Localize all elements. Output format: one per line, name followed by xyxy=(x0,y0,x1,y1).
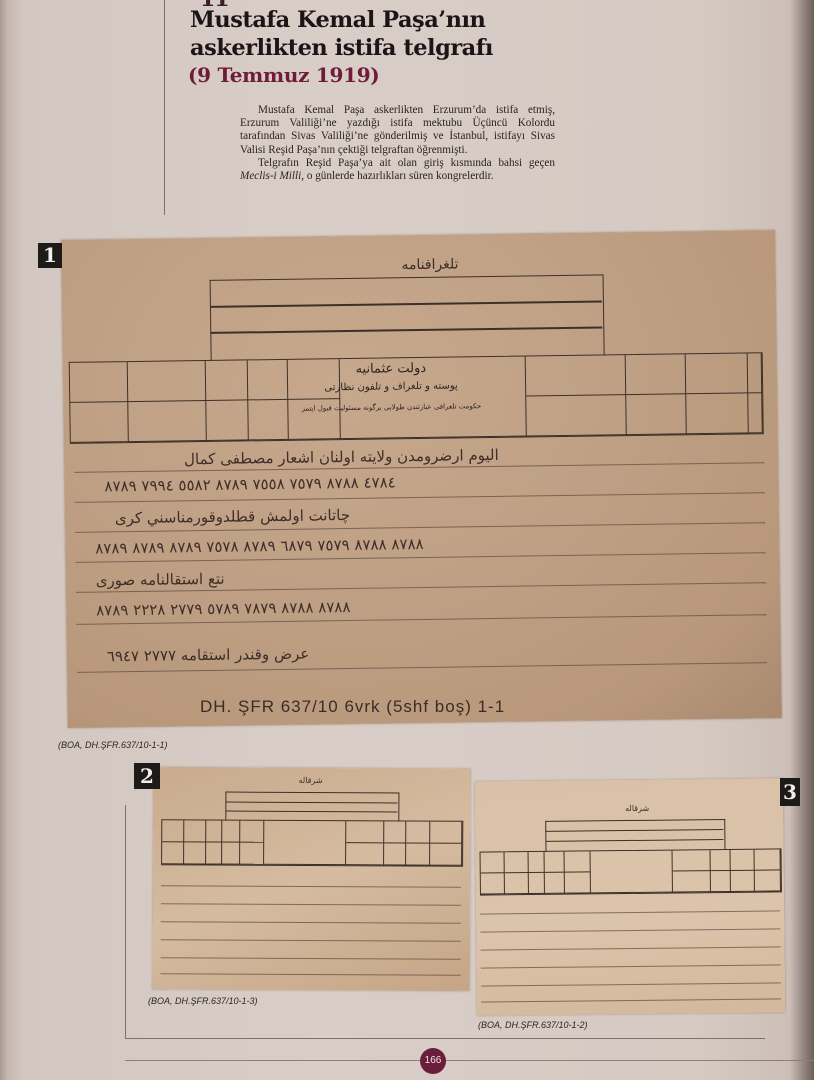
ruled-line xyxy=(481,946,781,950)
handwritten-line: الیوم ارضرومدن ولایتە اولنان اشعار مصطفی… xyxy=(184,446,499,468)
intro-paragraph-2-text: Telgrafın Reşid Paşa’ya ait olan giriş k… xyxy=(258,157,555,169)
ruled-line xyxy=(161,957,461,960)
ruled-line xyxy=(481,964,781,968)
figure-caption-3: (BOA, DH.ŞFR.637/10-1-2) xyxy=(478,1020,588,1030)
ruled-line xyxy=(481,982,781,986)
form-heading: تلغرافنامه xyxy=(401,256,458,273)
figure-frame-left xyxy=(125,805,126,1038)
figure-badge-2: 2 xyxy=(134,763,160,789)
intro-paragraph-2-end: , o günlerde hazırlıkları süren kongrele… xyxy=(301,170,493,182)
cipher-digits-row: ٤٧٨٤ ٨٧٨٨ ٧٥٧٩ ٧٥٥٨ ٨٧٨٩ ٥٥٨٢ ٧٩٩٤ ٨٧٨٩ xyxy=(104,473,396,495)
cipher-digits-row: ٨٧٨٨ ٨٧٨٨ ٧٨٧٩ ٥٧٨٩ ٢٧٧٩ ٢٢٢٨ ٨٧٨٩ xyxy=(96,598,351,620)
telegram-document-1: تلغرافنامه دولت عثمانیه پوسته و تلغراف و… xyxy=(61,230,782,728)
figure-caption-1: (BOA, DH.ŞFR.637/10-1-1) xyxy=(58,740,168,750)
intro-text: Mustafa Kemal Paşa askerlikten Erzurum’d… xyxy=(240,104,555,183)
ruled-line xyxy=(480,910,780,914)
archive-code-handwritten: DH. ŞFR 637/10 6vrk (5shf boş) 1-1 xyxy=(200,697,505,717)
telegram-document-3: شرقاله xyxy=(475,778,785,1015)
telegram-document-2: شرقاله xyxy=(152,767,470,991)
telegram-header-grid xyxy=(161,819,463,867)
ruled-line xyxy=(160,973,460,976)
address-box xyxy=(210,274,605,360)
title-date: (9 Temmuz 1919) xyxy=(188,63,379,87)
footer-rule xyxy=(125,1060,814,1061)
figure-caption-2: (BOA, DH.ŞFR.637/10-1-3) xyxy=(148,996,258,1006)
intro-italic-term: Meclis-i Milli xyxy=(240,170,301,182)
address-box xyxy=(225,792,399,822)
telegram-header-grid xyxy=(480,848,782,895)
header-vertical-rule xyxy=(164,0,165,215)
form-heading: شرقاله xyxy=(625,804,649,813)
handwritten-line: ﭼﺎﺗﺎﻧﺖ اوﻟﻤﺶ ﻗﻄﻠﺪوﻗﻮﺭﻣﻨﺎﺳﻨﻲ ﮐﺮﯼ xyxy=(115,506,350,527)
ruled-line xyxy=(161,921,461,924)
form-heading: شرقاله xyxy=(298,776,322,785)
handwritten-line: ﻧﺘﻊ ﺍﺳﺘﻘﺎﻟﻨﺎﻣﻪ ﺻﻮﺭﯼ xyxy=(96,570,225,590)
intro-paragraph-2: Telgrafın Reşid Paşa’ya ait olan giriş k… xyxy=(240,157,555,183)
figure-badge-1: 1 xyxy=(38,243,62,268)
ottoman-stamp-title: دولت عثمانیه xyxy=(301,360,481,378)
page-title: Mustafa Kemal Paşa’nın askerlikten istif… xyxy=(190,6,570,62)
figure-badge-3: 3 xyxy=(780,778,800,806)
ruled-line xyxy=(161,903,461,906)
ruled-line xyxy=(480,928,780,932)
address-box xyxy=(545,819,725,852)
page-number-badge: 166 xyxy=(420,1048,446,1074)
page-gutter xyxy=(0,0,8,1080)
cipher-digits-row: ٨٧٨٨ ٨٧٨٨ ٧٥٧٩ ٦٨٧٩ ٨٧٨٩ ٧٥٧٨ ٨٧٨٩ ٨٧٨٩ … xyxy=(95,535,424,558)
handwritten-line: ﻋﺮﺽ ﻭﻗﻨﺪﺭ ﺍﺳﺘﻘﺎﻣﻪ ٢٧٧٧ ٦٩٤٧ xyxy=(107,645,310,666)
ruled-line xyxy=(161,939,461,942)
figure-frame-bottom xyxy=(125,1038,765,1039)
ruled-line xyxy=(161,885,461,888)
book-page: 11 Mustafa Kemal Paşa’nın askerlikten is… xyxy=(0,0,814,1080)
ruled-line xyxy=(481,998,781,1002)
intro-paragraph-1: Mustafa Kemal Paşa askerlikten Erzurum’d… xyxy=(240,104,555,157)
